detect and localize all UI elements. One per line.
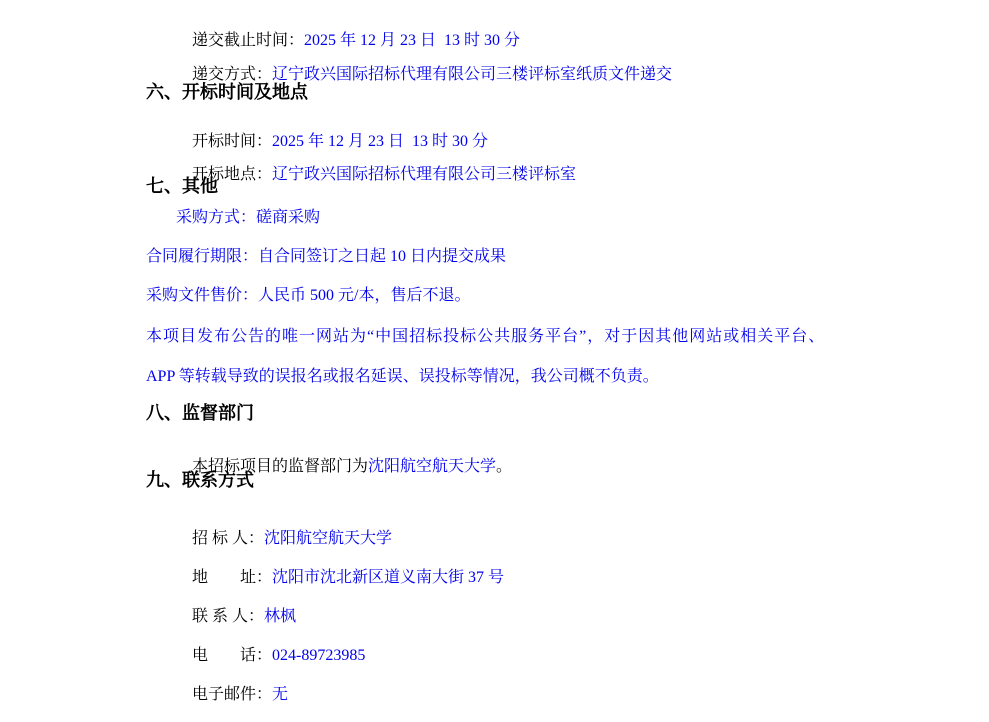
document-price-line: 采购文件售价：人民币 500 元/本，售后不退。 [146,286,470,306]
supervision-suffix: 。 [496,458,512,475]
contact-address-value: 沈阳市沈北新区道义南大街 37 号 [272,569,504,586]
contact-bidder-value: 沈阳航空航天大学 [264,530,392,547]
contract-period-line: 合同履行期限：自合同签订之日起 10 日内提交成果 [146,247,506,267]
announcement-note-line1: 本项目发布公告的唯一网站为“中国招标投标公共服务平台”，对于因其他网站或相关平台… [146,327,825,347]
document-page: 递交截止时间：2025 年 12 月 23 日 13 时 30 分 递交方式：辽… [0,0,989,722]
bid-opening-place-line: 开标地点：辽宁政兴国际招标代理有限公司三楼评标室 [176,145,576,205]
contact-person-label: 联 系 人： [192,608,264,625]
announcement-note-line2: APP 等转载导致的误报名或报名延误、误投标等情况，我公司概不负责。 [146,367,659,387]
contact-phone-label: 电 话： [192,647,272,664]
contact-row-email: 电子邮件：无 [176,665,288,722]
section8-heading: 八、监督部门 [146,402,254,424]
submission-method-value: 辽宁政兴国际招标代理有限公司三楼评标室纸质文件递交 [272,66,672,83]
bid-opening-place-value: 辽宁政兴国际招标代理有限公司三楼评标室 [272,166,576,183]
contact-person-value: 林枫 [264,608,296,625]
contact-phone-value: 024-89723985 [272,647,365,664]
contact-address-label: 地 址： [192,569,272,586]
procurement-method-line: 采购方式：磋商采购 [176,208,320,228]
contact-email-label: 电子邮件： [192,686,272,703]
contact-bidder-label: 招 标 人： [192,530,264,547]
section7-heading: 七、其他 [146,175,218,197]
contact-email-value: 无 [272,686,288,703]
section6-heading: 六、开标时间及地点 [146,81,308,103]
supervision-org: 沈阳航空航天大学 [368,458,496,475]
section9-heading: 九、联系方式 [146,469,254,491]
